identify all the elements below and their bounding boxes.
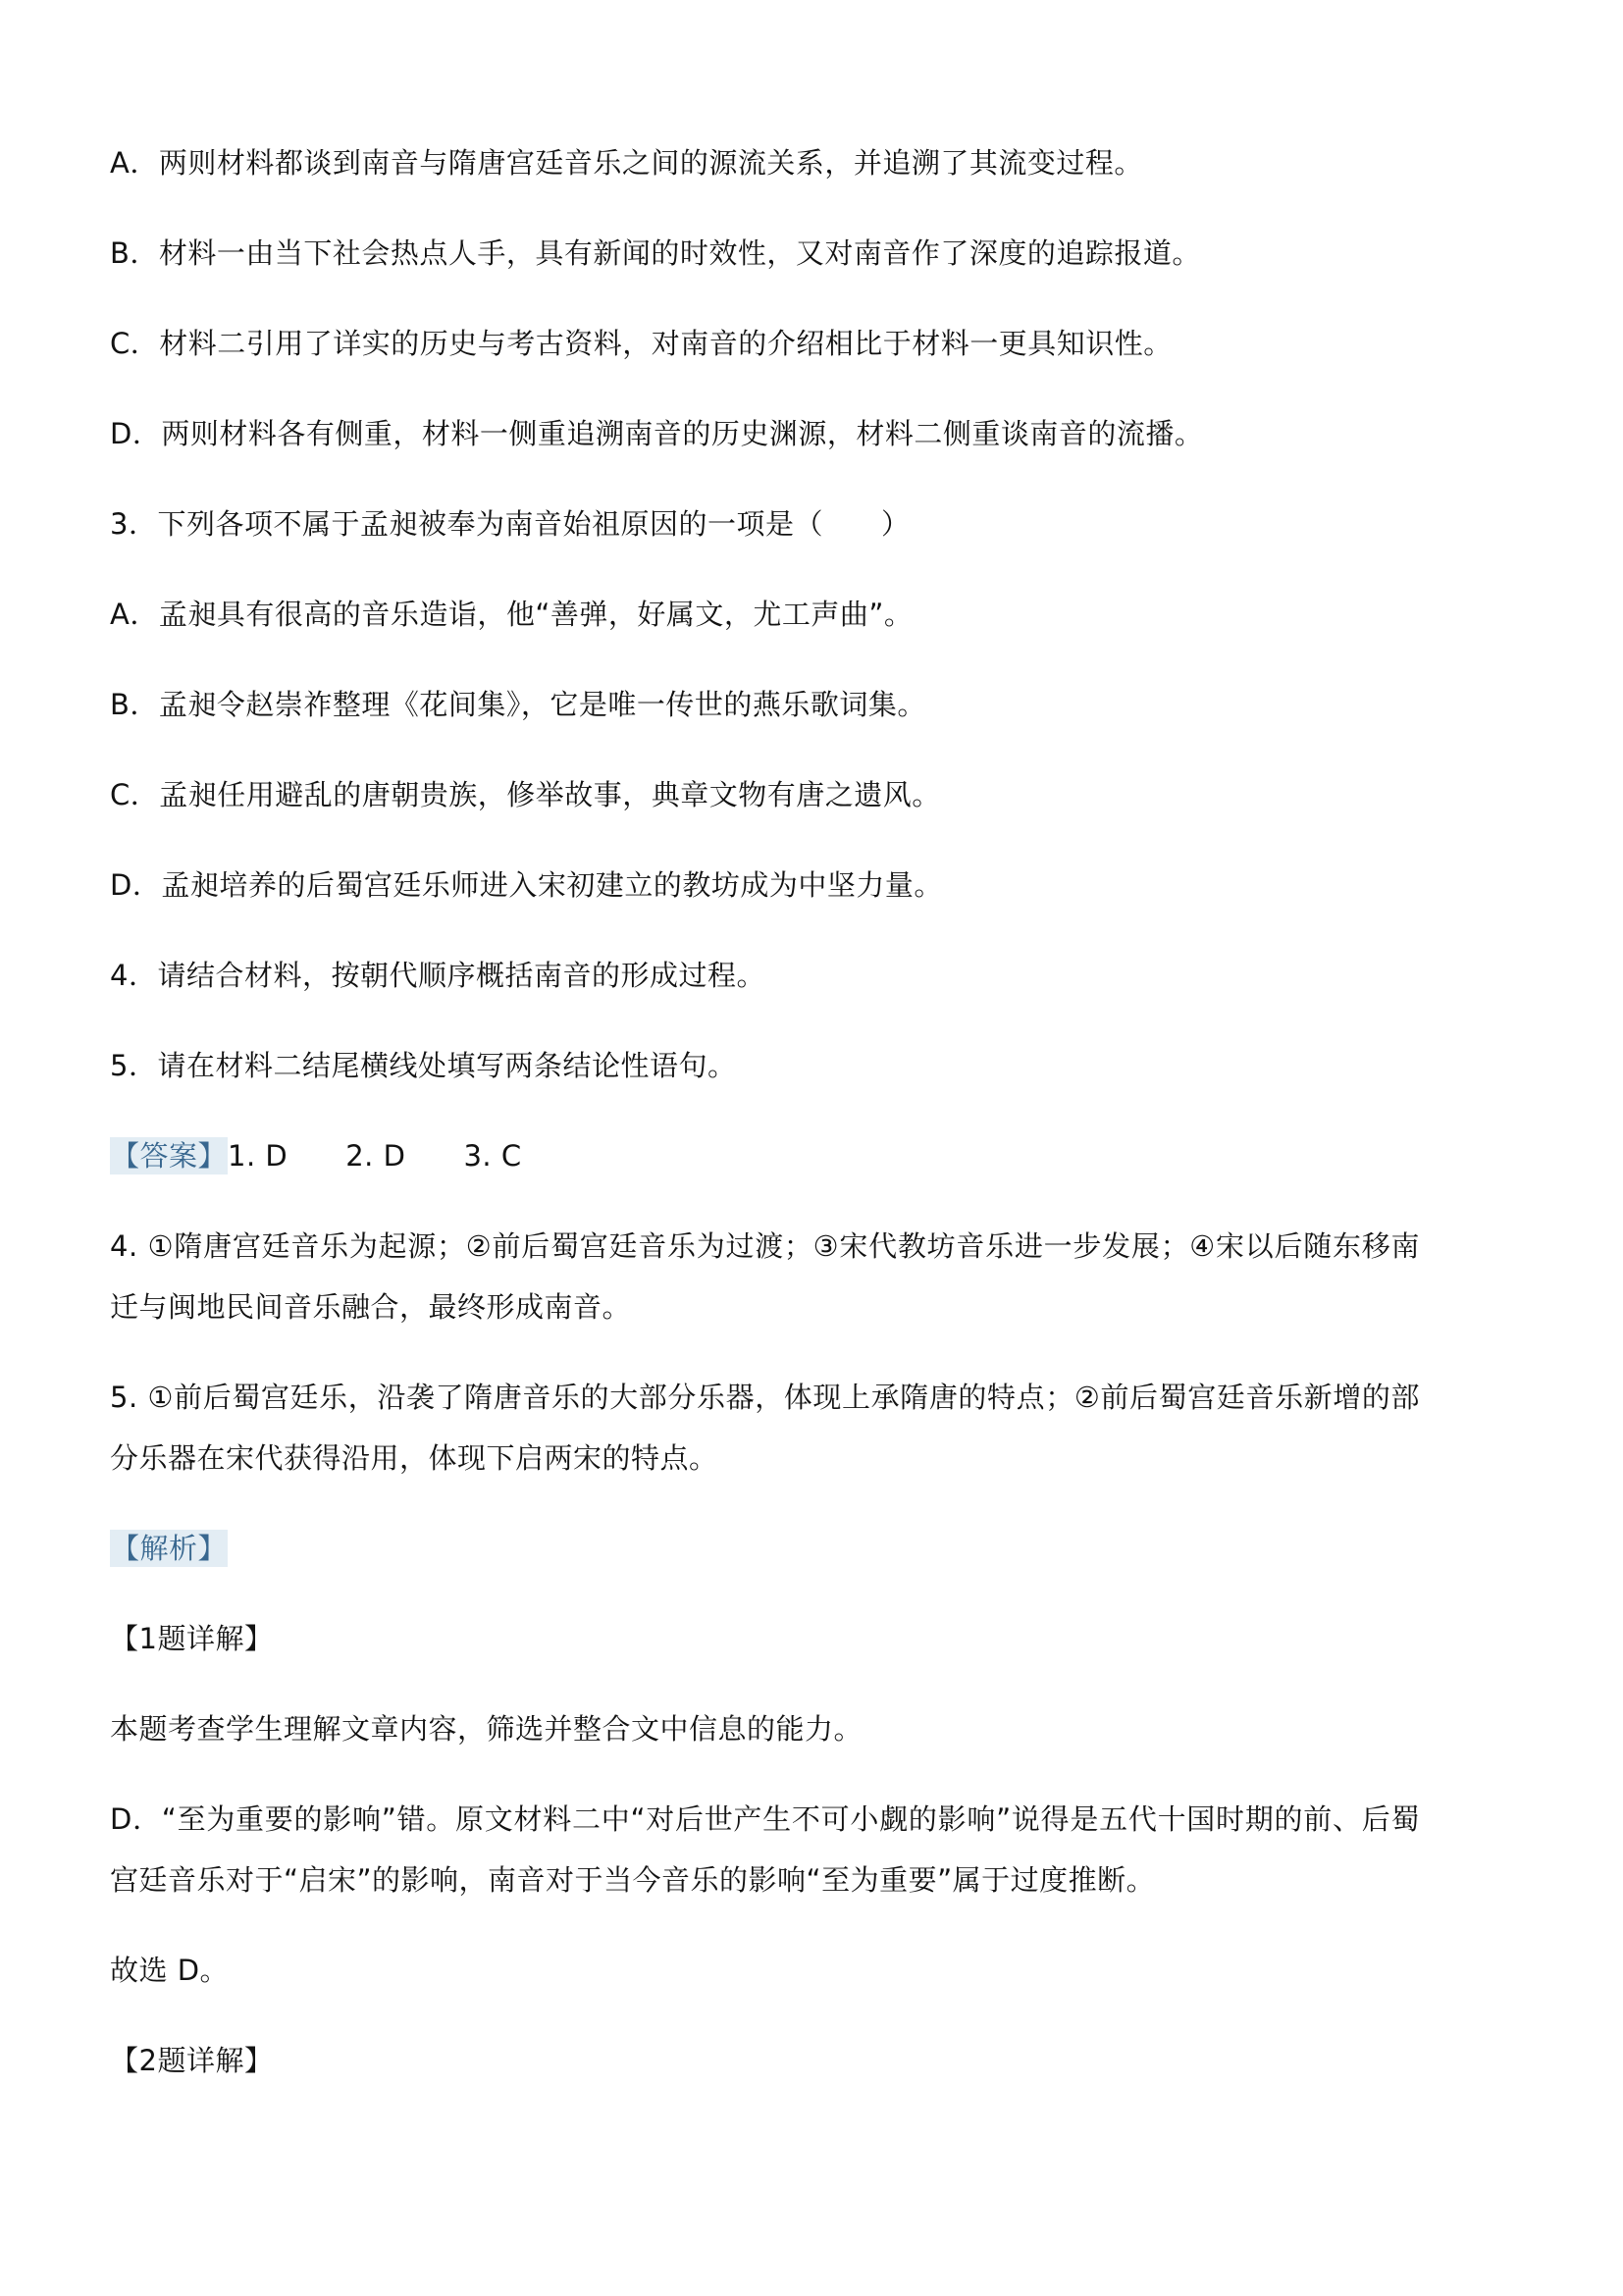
choice-b-q2: B．材料一由当下社会热点人手，具有新闻的时效性，又对南音作了深度的追踪报道。 [110,223,1420,284]
q1-detail-conclusion: 故选 D。 [110,1940,1420,2001]
analysis-line: 【解析】 [110,1518,1420,1579]
answer-badge: 【答案】 [110,1137,228,1174]
answer-5: 5. ①前后蜀宫廷乐，沿袭了隋唐音乐的大部分乐器，体现上承隋唐的特点；②前后蜀宫… [110,1367,1420,1488]
answer-4: 4. ①隋唐宫廷音乐为起源；②前后蜀宫廷音乐为过渡；③宋代教坊音乐进一步发展；④… [110,1216,1420,1337]
answer-line: 【答案】1. D 2. D 3. C [110,1125,1420,1186]
q1-detail-intro: 本题考查学生理解文章内容，筛选并整合文中信息的能力。 [110,1698,1420,1759]
choice-d-q2: D．两则材料各有侧重，材料一侧重追溯南音的历史渊源，材料二侧重谈南音的流播。 [110,403,1420,464]
choice-d-q3: D．孟昶培养的后蜀宫廷乐师进入宋初建立的教坊成为中坚力量。 [110,855,1420,915]
q2-detail-heading: 【2题详解】 [110,2030,1420,2091]
question-4: 4．请结合材料，按朝代顺序概括南音的形成过程。 [110,945,1420,1006]
question-5: 5．请在材料二结尾横线处填写两条结论性语句。 [110,1035,1420,1096]
q1-detail-heading: 【1题详解】 [110,1608,1420,1669]
document-page: A．两则材料都谈到南音与隋唐宫廷音乐之间的源流关系，并追溯了其流变过程。 B．材… [0,0,1623,2296]
choice-a-q3: A．孟昶具有很高的音乐造诣，他“善弹，好属文，尤工声曲”。 [110,584,1420,645]
q1-detail-explanation: D．“至为重要的影响”错。原文材料二中“对后世产生不可小觑的影响”说得是五代十国… [110,1789,1420,1910]
choice-c-q2: C．材料二引用了详实的历史与考古资料，对南音的介绍相比于材料一更具知识性。 [110,313,1420,374]
analysis-badge: 【解析】 [110,1530,228,1567]
choice-b-q3: B．孟昶令赵崇祚整理《花间集》，它是唯一传世的燕乐歌词集。 [110,674,1420,735]
choice-c-q3: C．孟昶任用避乱的唐朝贵族，修举故事，典章文物有唐之遗风。 [110,764,1420,825]
question-3: 3．下列各项不属于孟昶被奉为南音始祖原因的一项是（ ） [110,494,1420,554]
answer-key-values: 1. D 2. D 3. C [228,1139,522,1173]
choice-a-q2: A．两则材料都谈到南音与隋唐宫廷音乐之间的源流关系，并追溯了其流变过程。 [110,132,1420,193]
